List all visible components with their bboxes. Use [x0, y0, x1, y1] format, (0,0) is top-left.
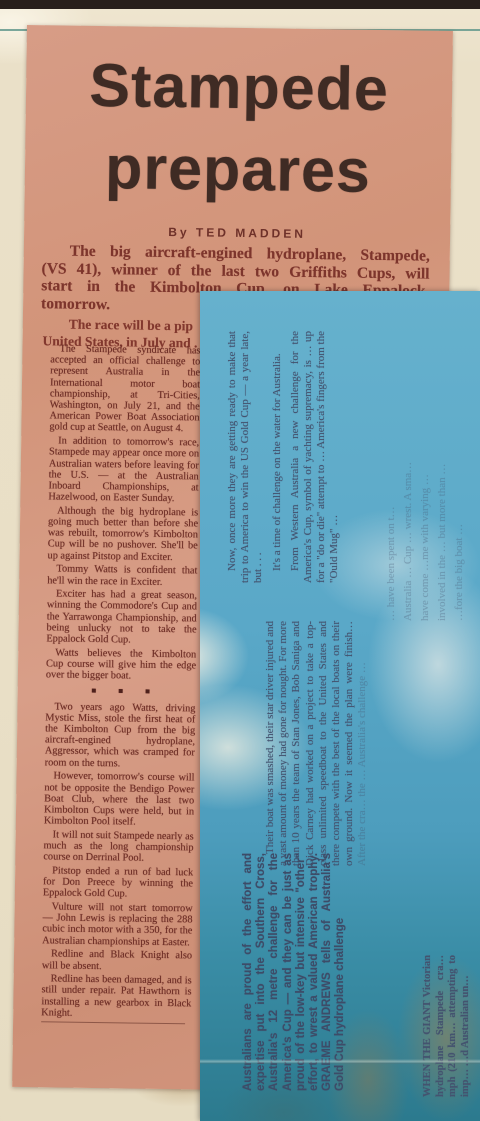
- faded-text-fragments: … have been spent on t…Australia … Cup ……: [385, 336, 470, 621]
- faded-fragment: … have been spent on t…: [385, 336, 398, 621]
- intro-paragraph: It's a time of challenge on the water fo…: [271, 331, 284, 583]
- article-column: The Stampede syndicate has accepted an o…: [40, 343, 200, 1083]
- story-text-faded: After the cra… the … Australia's challen…: [356, 662, 368, 866]
- article-paragraph: Two years ago Watts, driving Mystic Miss…: [45, 701, 196, 770]
- faded-fragment: Australia … Cup … wrest. A sma…: [402, 336, 415, 621]
- rotated-text-layer: Now, once more they are getting ready to…: [200, 291, 480, 1121]
- headline-line1: Stampede: [26, 43, 453, 131]
- byline: By TED MADDEN: [24, 223, 450, 243]
- intro-paragraph: From Western Australia a new challenge f…: [289, 331, 342, 583]
- article-paragraph: Pitstop ended a run of bad luck for Don …: [43, 865, 193, 901]
- headline-line2: prepares: [24, 125, 451, 213]
- scrapbook-page: Stampede prepares By TED MADDEN The big …: [0, 0, 480, 1121]
- standfirst: Australians are proud of the effort and …: [242, 853, 348, 1091]
- when-the-giant-fragment: WHEN THE GIANT Victorian hydroplane Stam…: [422, 955, 472, 1097]
- article-paragraph: However, tomorrow's course will not be o…: [44, 771, 195, 829]
- faded-fragment: involved in the … but more than …: [436, 336, 449, 621]
- blue-newspaper-clipping: Now, once more they are getting ready to…: [200, 291, 480, 1121]
- article-paragraph: It will not suit Stampede nearly as much…: [43, 829, 193, 865]
- faded-fragment: have come …me with varying …: [419, 336, 432, 621]
- story-text: Their boat was smashed, their star drive…: [264, 621, 355, 866]
- intro-paragraphs: Now, once more they are getting ready to…: [226, 331, 347, 583]
- column-end-rule: [41, 1021, 185, 1024]
- column-part2: Two years ago Watts, driving Mystic Miss…: [41, 701, 195, 1021]
- article-paragraph: Although the big hydroplane is going muc…: [48, 505, 199, 563]
- article-paragraph: In addition to tomorrow's race, Stampede…: [48, 435, 199, 504]
- article-paragraph: Tommy Watts is confident that he'll win …: [47, 564, 197, 588]
- column-part1: The Stampede syndicate has accepted an o…: [46, 343, 201, 682]
- faded-fragment: …fore the big boat …: [453, 336, 466, 621]
- article-paragraph: Redline and Black Knight also will be ab…: [42, 949, 192, 973]
- page-top-shadow: [0, 0, 480, 9]
- article-paragraph: Watts believes the Kimbolton Cup course …: [46, 647, 196, 683]
- article-paragraph: Exciter has had a great season, winning …: [46, 589, 197, 647]
- section-separator: ■ ■ ■: [46, 685, 196, 698]
- fold-crease: [200, 1059, 480, 1064]
- article-paragraph: Vulture will not start tomorrow — John L…: [42, 901, 193, 948]
- article-paragraph: Redline has been damaged, and is still u…: [41, 974, 192, 1021]
- article-paragraph: The Stampede syndicate has accepted an o…: [49, 343, 200, 435]
- story-paragraph: Their boat was smashed, their star drive…: [264, 621, 370, 866]
- headline: Stampede prepares: [24, 43, 452, 213]
- intro-paragraph: Now, once more they are getting ready to…: [226, 331, 266, 583]
